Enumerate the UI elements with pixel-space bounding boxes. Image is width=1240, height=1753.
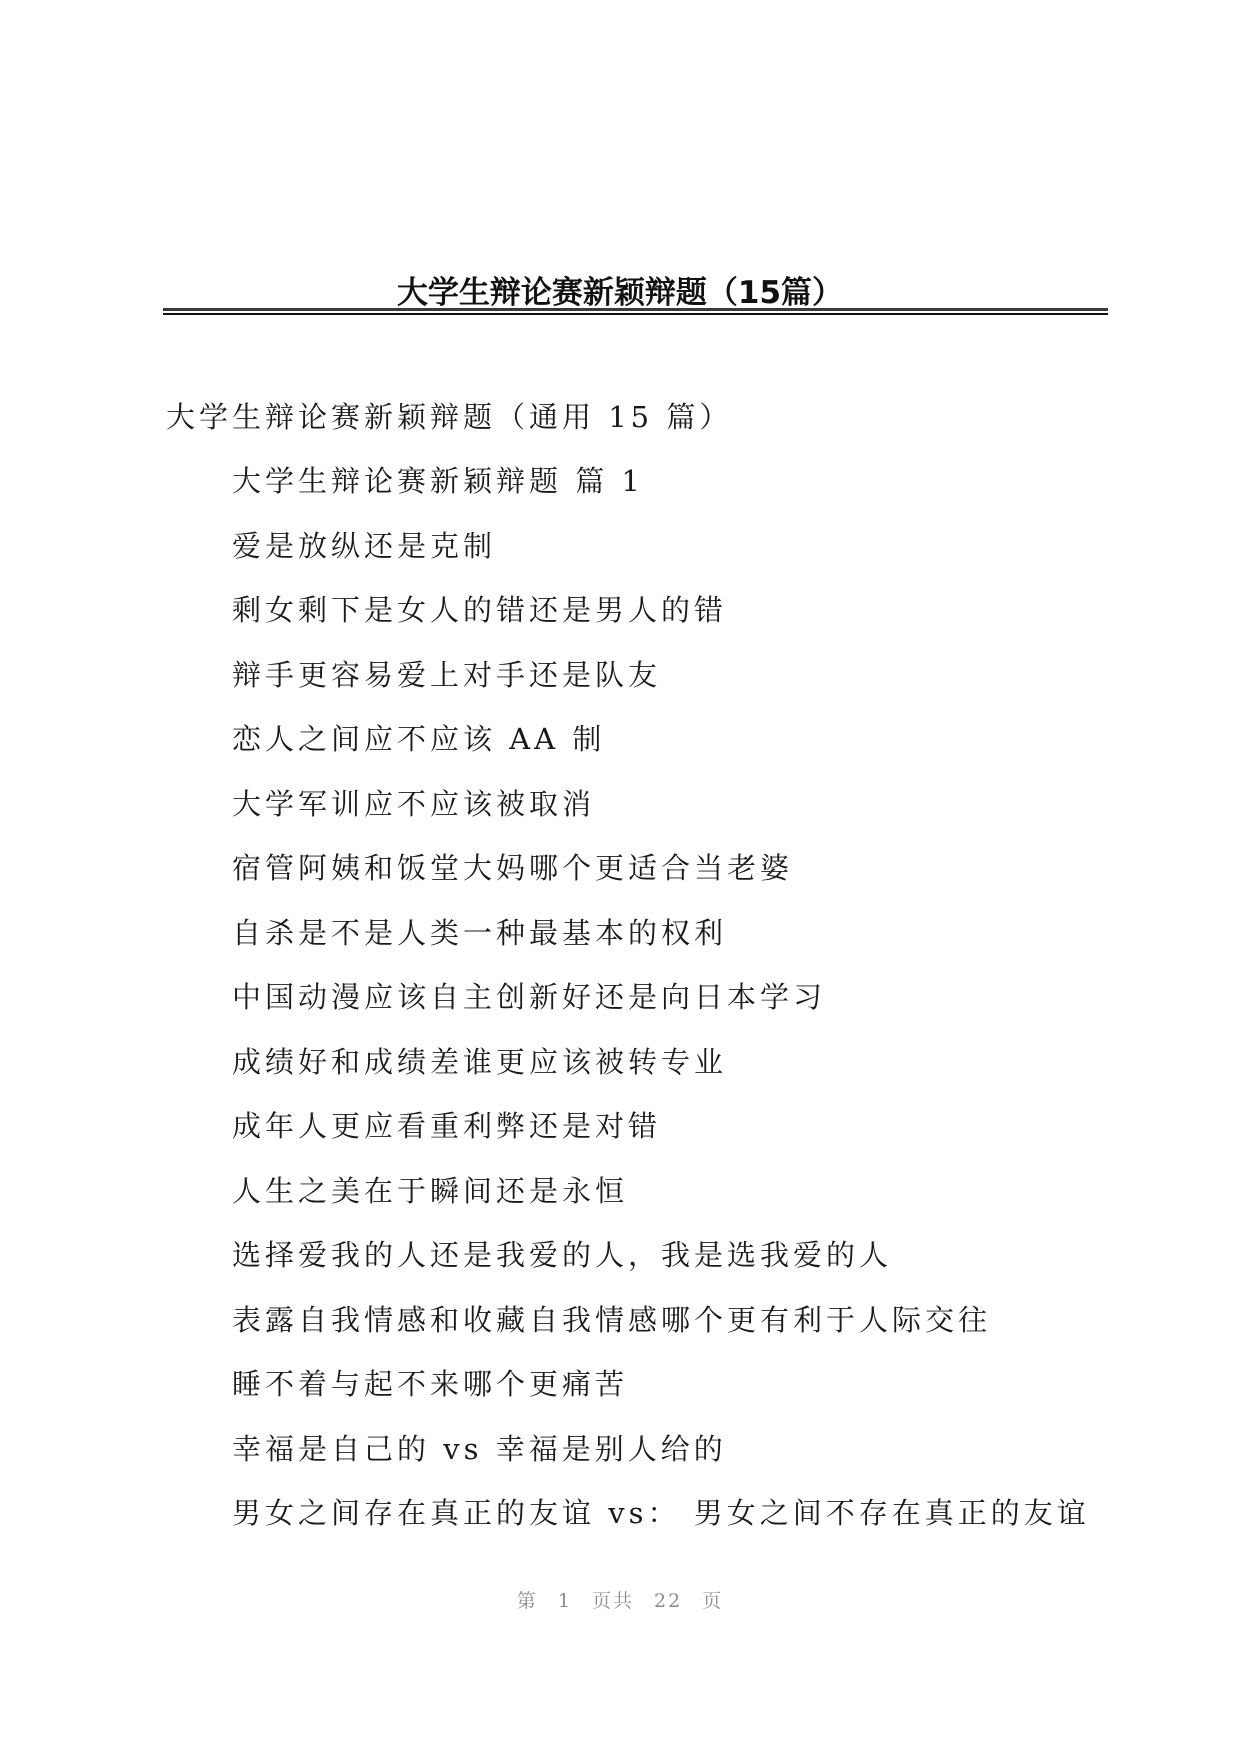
debate-topic: 人生之美在于瞬间还是永恒 (232, 1171, 628, 1211)
page-footer: 第 1 页共 22 页 (0, 1588, 1240, 1614)
debate-topic: 大学军训应不应该被取消 (232, 784, 595, 824)
debate-topic: 成年人更应看重利弊还是对错 (232, 1106, 661, 1146)
debate-topic: 幸福是自己的 vs 幸福是别人给的 (232, 1429, 727, 1469)
debate-topic: 爱是放纵还是克制 (232, 526, 496, 566)
debate-topic: 睡不着与起不来哪个更痛苦 (232, 1364, 628, 1404)
debate-topic: 剩女剩下是女人的错还是男人的错 (232, 590, 727, 630)
title-divider-thin (163, 313, 1108, 315)
debate-topic: 男女之间存在真正的友谊 vs： 男女之间不存在真正的友谊 (232, 1493, 1090, 1533)
debate-topic: 恋人之间应不应该 AA 制 (232, 719, 605, 759)
debate-topic: 成绩好和成绩差谁更应该被转专业 (232, 1042, 727, 1082)
debate-topic: 辩手更容易爱上对手还是队友 (232, 655, 661, 695)
section-heading: 大学生辩论赛新颖辩题 篇 1 (232, 461, 644, 501)
debate-topic: 选择爱我的人还是我爱的人，我是选我爱的人 (232, 1235, 892, 1275)
subtitle-line: 大学生辩论赛新颖辩题（通用 15 篇） (166, 397, 732, 437)
debate-topic: 自杀是不是人类一种最基本的权利 (232, 913, 727, 953)
debate-topic: 中国动漫应该自主创新好还是向日本学习 (232, 977, 826, 1017)
title-divider-thick (163, 308, 1108, 311)
debate-topic: 表露自我情感和收藏自我情感哪个更有利于人际交往 (232, 1300, 991, 1340)
debate-topic: 宿管阿姨和饭堂大妈哪个更适合当老婆 (232, 848, 793, 888)
